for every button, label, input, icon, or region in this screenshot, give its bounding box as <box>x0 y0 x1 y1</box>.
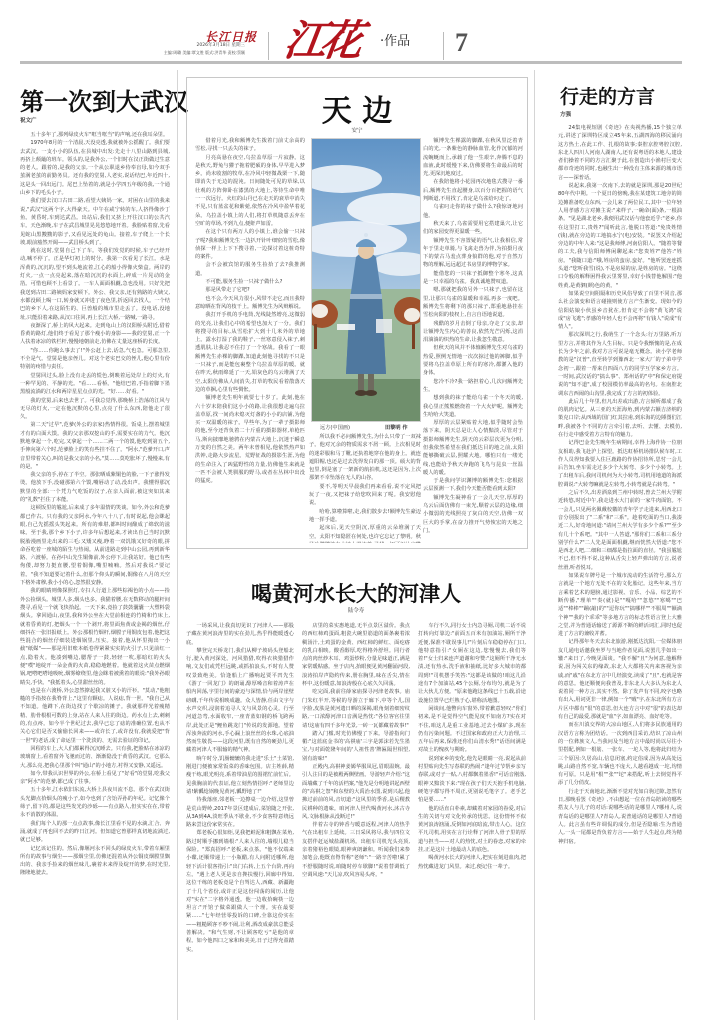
image-caption-title: 远方(中国画) <box>320 424 350 431</box>
paragraph: 在这个只有两万人的小镇上,谁会偷一只袜子呢?我和额博先生一边扒开针叶细密的雪松,… <box>195 228 305 261</box>
paragraph: 记得巴金先生晚年生病期间,幸得上海作协一位朋友相助,我飞赴沪上探望。抵达虹桥机场… <box>558 439 682 489</box>
paragraph: 记忆该记住的。然后,像堰河永不回头的绿皮火车,带着车厢里所有的故事与烟尘——那烟… <box>20 845 170 878</box>
column-divider <box>534 70 535 1020</box>
paragraph: 在我陪他将小花园再次地毯式搜寻一番后,额博先生直起腰身,以百分百把握的语气判断道… <box>423 178 523 203</box>
paragraph: "你……你跑么事去了!"外公赶上去,话急,气也急。可那急里,不全是气。堂舅是他亲… <box>20 347 170 372</box>
article-body-col3: 额博先生裸露的脚踝,在秋风里泛着青白的光,一条紫色的静脉血管,化作沉郁的河流蜿蜒… <box>423 137 523 542</box>
paragraph: 行走于天南地北,渐渐不觉对光如白驹过隙,忽然有日,那晚看罢《奇迹》,不由想起一位… <box>558 788 682 846</box>
paragraph: 也不会,今天风力很小,风带不走它,而且我特意晾晒在背风的枝干上。额博先生为风辩解… <box>195 295 305 312</box>
article-author: 陆令寿 <box>186 606 526 614</box>
article-body-col1: 一场采风,让我真切见识了河津人——那股子藏在黄河浪涛里的实在劲儿,热乎得能暖透心… <box>186 622 294 1022</box>
article-body-col2: 店里的菜实惠地道,无半点景区溢价。我点的西红柿鸡蛋面,粗瓷大碗里筋道的面条裹着浓… <box>302 622 410 1022</box>
masthead-divider <box>268 32 269 60</box>
masthead: 长江日报 2026年3月18日 星期三 主编:周璐 美编:覃文胜 版式:洪青华 … <box>0 0 702 60</box>
paragraph: 这顿饭里的尴尬,后来成了多年温情的笑谈。如今,外公和范爹都已作古。只有我的父亲阿… <box>20 504 170 587</box>
article-body: 五十多年了,那列绿皮火车"哐当哐当"的声响,还在我耳朵里。 1970年8月的一个… <box>20 131 170 1021</box>
painting-illustration <box>312 139 420 421</box>
paragraph: 五十多年了,那列绿皮火车"哐当哐当"的声响,还在我耳朵里。 <box>20 131 170 139</box>
image-caption-artist: 田黎明 作 <box>385 424 408 431</box>
paragraph: 而在川滇交界的大凉山地区,人们将多民族通用的汉语方言称为团结话。一次到西昌采访,… <box>558 721 682 787</box>
paragraph: 额博先生不容置疑的语气,让我相信,常年于里走单骑,与飞禽走兽为伴,为拍摄月夜下的… <box>423 237 523 270</box>
masthead-divider <box>443 32 444 60</box>
paragraph: 嗯,那就把我的另外一只袜子,也留在这里,让那只乌雀的温暖和幸福,再多一度吧。额博… <box>423 286 523 319</box>
paragraph: 如今,带我认识世界的外公,在桥上看见了"好看"的堂舅,吃我父亲"阿水"的范爹,都… <box>20 770 170 787</box>
article-title: 第一次到大武汉 <box>20 82 188 117</box>
article-author: 安宁 <box>186 126 528 134</box>
page-number: 7 <box>455 28 468 58</box>
paragraph: 我们每个人的那一点点故事,像长江里看不见的水滴,汇合、奔涌,就成了再也回不去的昨… <box>20 820 170 845</box>
paragraph: 晌午时分,饥肠辘辘的我走进"乐土"土菜馆,刚进门便被家常饭菜的香味包围。店主姓薛… <box>186 755 294 796</box>
paragraph: 想到我的袜子能给乌雀一个冬天的暖,我心里正熊熊燃烧着一个大火炉呢。额博先生哈哈大… <box>423 394 523 419</box>
paragraph: 如果说车牌号是一个城市流动的生活符号,那么方言就是一个地方无处不在的文化胎记。这… <box>558 572 682 638</box>
paragraph: 1970年8月的一个清晨,天没亮透,我就被外公摇醒了。我们要去武汉。一支小小的队… <box>20 139 170 197</box>
issue-date: 2026年3月18日 星期三 <box>170 42 245 48</box>
paragraph: 额博老先生明年就要七十岁了。此刻,他在六十岁末陪我们这小小的路,让我很想走遍乌拉… <box>195 394 305 485</box>
paragraph: 额博先生凝神看了一会儿天空,厚厚的乌云后面仿佛有一束光,顺着云层的边缘,细小微弱… <box>423 494 523 535</box>
paragraph: 如果说空间阻隔和历史风俗导致了百里不同音,那么社会演变和语言碰撞则使方言产生渐变… <box>558 290 682 331</box>
paragraph: 能借您的一只袜子抵御整个寒冬,这真是一只幸福的乌雀。我真诚地赞叹道。 <box>423 270 523 287</box>
article-body-col3: 车行不久,同行女士内急寻厕,司机二话不说打转向灯靠边:"前面五百米有加油站,厕所… <box>418 622 526 1022</box>
paragraph: 堂舅回过头,脸上没有走丢的慌色,倒映着远处岸上的灯火,有一种罕见的、平静的光。"… <box>20 372 170 397</box>
paragraph: 不可能,服务生捡一只袜子做什么? <box>195 278 305 286</box>
paragraph: 攀登完天桥龙门,我们从柳子坡码头登船北行,驶入黄河深处。河风猎猎,吹得衣袂猎猎作… <box>186 647 294 755</box>
paragraph: 我打开手机的手电筒,光线陡然增亮,这微弱的光亮,让我们心中的希望也加大了一分。我… <box>195 311 305 394</box>
paragraph: 我们要去汉口古田二路,看望大姨妈一家。对困在山里的我来说,"武汉"这两个字,大得… <box>20 197 170 247</box>
paragraph: 说到家乡的变化,他先是眼睛一亮,说起从前村里贴向先生写春联的热闹:"逢年过节帮乡… <box>418 755 526 805</box>
paragraph: 踏入门槛,时光仿佛慢了下来。导游指向门楣:"这蓝底金书的'高祺庙'三字是郭沫若先… <box>302 730 410 763</box>
paragraph: 我的堂舅,后来也去世了。可我总觉得,那晚桥上浩荡的江风与无尽的灯火,一定在他沉默… <box>20 397 170 422</box>
paragraph: 郑老板心很如炬,见我把鲑泥和粗飘在菜角,路过时顺手挪到墙根:"人来人往的,墙根儿… <box>186 829 294 953</box>
section-subtitle: ·作品 <box>380 30 410 49</box>
paragraph: 我父亲的手,停在了半空。那张晒成紫铜色的脸,一下子涨得发烫。他放下手,没碰那第六… <box>20 471 170 504</box>
paragraph: 残酷的岁月击倒了母亲,夺走了父亲,却让额博先生内心的善良,依然光芒闪烁,这涓涓淌… <box>423 320 523 345</box>
article-title: 行走的方言 <box>560 82 655 109</box>
paragraph: 月亮高悬在夜空,乌拉盖草原一片寂静。这是秋天,野兔与獾子拖着肥硕的身体,早早进入… <box>195 154 305 229</box>
paragraph: 乌雀叼走你的袜子做什么?我惊讶地问他。 <box>423 203 523 220</box>
paragraph: 之后不久,出差酒泉到兰州中转时,曾去兰州大学附近转悠,时近中午,我走进水大门前的… <box>558 489 682 572</box>
paragraph: 一场采风,让我真切见识了河津人——那股子藏在黄河浪涛里的实在劲儿,热乎得能暖透心… <box>186 622 294 647</box>
paragraph: 车行不久,同行女士内急寻厕,司机二话不说打转向灯靠边:"前面五百米有加油站,厕所… <box>418 622 526 705</box>
paragraph: 借着月光,我和额博先生拨着门前丈余高的雪松,寻找一只丢失的袜子。 <box>195 137 305 154</box>
paragraph: 吃完面,我前往薛家庙探寻河津老故事。庙门朱红半开,等候的导游立于廊下,中等个儿,… <box>302 688 410 729</box>
paragraph: 记得那年冬天去东北旅游,刚抵达沈阳,一位媒体朋友几通电话邀我坐罗与当地作者见面,… <box>558 638 682 721</box>
paragraph: 说起来,我第一次南下,去的就是深圳,那是20世纪80年代中期。一个夏日的傍晚,我… <box>558 182 682 290</box>
paragraph: 哈哈,算啦算啦,走,我们散步去!额博先生豪迈地一挥手道。 <box>309 508 421 525</box>
paragraph: 但秋天的风并不体恤额博先生对乌雀的热爱,照例无情地一次次掠过他的裤脚,似乎要将乌… <box>423 344 523 377</box>
paragraph: 所以我不必问额博先生,为什么只带了一双袜子。他对冗余的物质需求不屑一顾。上次相见… <box>309 433 421 483</box>
article-body-col2: 所以我不必问额博先生,为什么只带了一双袜子。他对冗余的物质需求不屑一顾。上次相见… <box>309 433 421 543</box>
paragraph: 夜渐深了,桥上的风大起来。走到龟山上的汉阳桥头附近,借着昏黄的路灯,他们终于看见… <box>20 322 170 347</box>
paragraph: 要不,等明天早晨我们再来看看,说不定风把玩了一夜,又把袜子给您吹回来了呢。我安慰… <box>309 483 421 508</box>
paragraph: 店里的菜实惠地道,无半点景区溢价。我点的西红柿鸡蛋面,粗瓷大碗里筋道的面条裹着浓… <box>302 622 410 688</box>
column-divider <box>177 70 178 1020</box>
paragraph: 24集电视短剧《奇迹》在央视热播,15个独立单元,讲述了深圳特区成立45年来,五… <box>558 124 682 182</box>
paragraph: 五十多年,江水依旧东流,大桥上县夜川流不息。那个在武汉街头光脚点拾烟头的瘦小子,… <box>20 786 170 819</box>
paragraph: 正殿内,高祺神姜嫄华服凤冠,眉眼温婉。最引人注目的是被殿两侧壁画。导游轻声介绍:… <box>302 763 410 821</box>
paragraph: 于是我问学识渊博的额博先生:您根据云层预测一下,我们今天能否能看到太阳? <box>423 477 523 494</box>
paragraph: 喝黄河水长大的河津人,把实在刻进血肉,把热忱藏进龙门风里。来过,便记住一辈子。 <box>418 854 526 871</box>
editorial-staff: 主编:周璐 美编:覃文胜 版式:洪青华 责校:蔡颖 <box>120 50 245 56</box>
paragraph: 他的话直白朴素,却藏着对家园的眷爱,对后生的关切与对文化传承的忧思。这份情怀不似… <box>418 805 526 855</box>
paragraph: 起床后,见天空阴沉,厚重的云朵堆满了天空。太阳不知隐匿在何处,也许它忘记了黎明。… <box>309 524 421 543</box>
paragraph: 您冷不冷?我一路担着心,几次问额博先生。 <box>423 378 523 395</box>
paragraph: 秋天来了,乌雀需要用它搭建巢穴,让它们的家园变得更温暖一些。 <box>423 220 523 237</box>
paragraph: 待我落座,邻老板一边擦桌一边介绍,这里曾是荒山野岭,2017年景区建成后,菜馆随… <box>186 796 294 829</box>
paragraph: 此后几十年里,但凡出差或出游,方言倾听都成了我的肌肉记忆。从三亚的天涯海角,到内… <box>558 398 682 439</box>
paragraph: 那是风带走了它吧? <box>195 286 305 294</box>
paragraph: 回程的车上,大人们都累得沉沉睡去。只有我,把脸贴在冰凉的玻璃窗上,看着窗外飞驰而… <box>20 745 170 770</box>
article-body-col1: 借着月光,我和额博先生拨着门前丈余高的雪松,寻找一只丢失的袜子。 月亮高悬在夜空… <box>195 137 305 542</box>
paragraph: 额博先生裸露的脚踝,在秋风里泛着青白的光,一条紫色的静脉血管,化作沉郁的河流蜿蜒… <box>423 137 523 178</box>
paragraph: 就在这时,堂舅自己下了车。等我们发觉的时候,车子已经开动,喊不停了。正是华灯初上… <box>20 247 170 322</box>
paragraph: 也是在六渡桥,外公忽然撩起我又脏又小的汗衫。"莫动,"他粗糙的手指按在我脊背上,… <box>20 687 170 745</box>
paragraph: 伴着古寺的钟香与暖意返程,河津人的热乎气在出租车上延续。三日采风将尽,我与四位文… <box>302 821 410 879</box>
paragraph: 闲谈间,他瞥向车窗外,带着歉意轻叹:"你们初来,是不是觉得空气能见度不如南方?实… <box>418 705 526 755</box>
paragraph: 厚厚的云层紧贴着大地,似乎随时会坠落下来。阴天总是让人心情黯淡,尽管对于摄影师额… <box>423 419 523 477</box>
top-rule <box>20 61 682 64</box>
paragraph: 会不会被宾馆的服务生捡拾了去?我推测道。 <box>195 261 305 278</box>
paragraph: 那次深圳之行,我萌生了一个念头:行万里路,听万里方言,并将其作为人生目标。只是令… <box>558 331 682 397</box>
paragraph: 第二天"过早",范爹(外公的亲家)热情得很。饭桌上,摆着城里才有的白面大馍。我的… <box>20 421 170 471</box>
paragraph: 我的眼睛则像探照灯,专扫人行道上那些棕褐色的小点——捡外公捡烟头。城里人多,烟头… <box>20 587 170 687</box>
article-title: 天 边 <box>186 86 528 130</box>
section-logo: 江花 <box>281 8 361 68</box>
painting-image <box>311 138 421 422</box>
article-author: 祝文广 <box>20 116 37 124</box>
article-title: 喝黄河水长大的河津人 <box>186 578 526 608</box>
article-author: 方强 <box>560 110 571 118</box>
article-body: 24集电视短剧《奇迹》在央视热播,15个独立单元,讲述了深圳特区成立45年来,五… <box>558 124 682 1020</box>
